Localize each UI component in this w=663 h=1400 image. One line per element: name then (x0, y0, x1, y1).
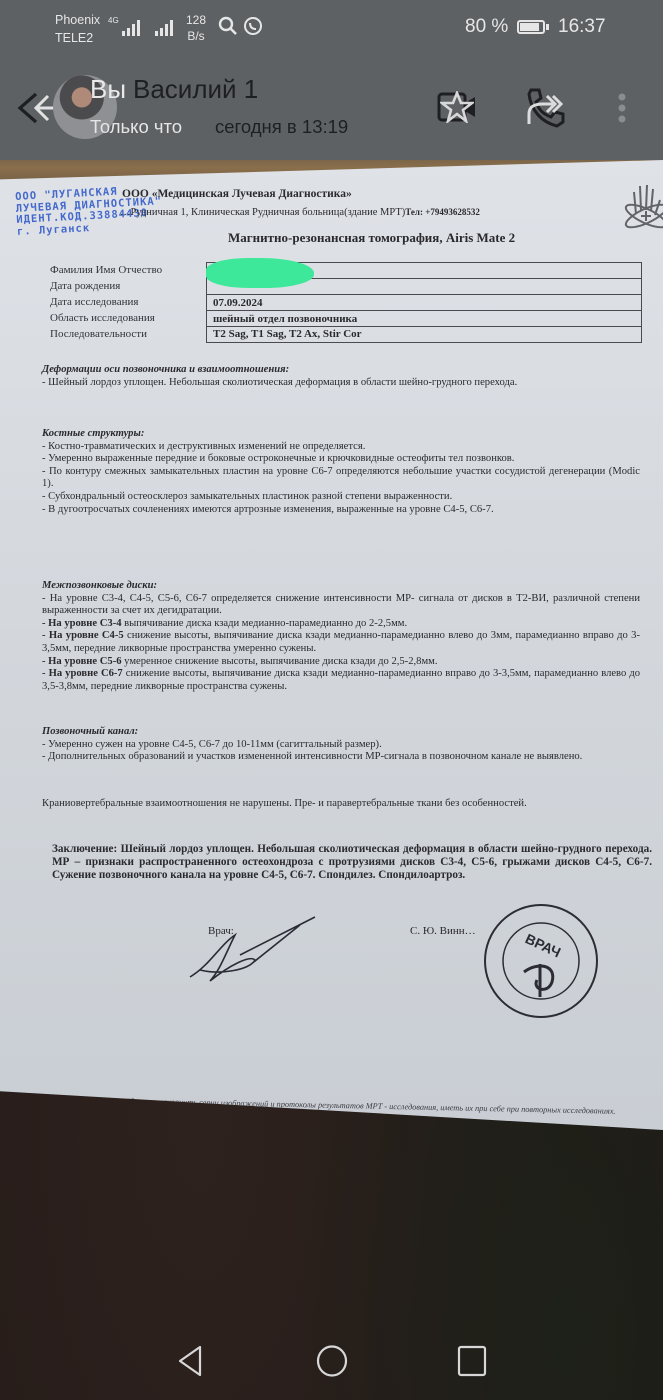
speed-unit: B/s (186, 28, 206, 44)
carrier-name: Phoenix (55, 11, 100, 29)
address-text: …Рудничная 1, Клиническая Рудничная боль… (120, 207, 405, 218)
section-title: Позвоночный канал: (42, 726, 640, 739)
doctor-name: С. Ю. Винн… (410, 925, 476, 937)
disc-item: - На уровне С6-7 снижение высоты, выпячи… (42, 668, 640, 693)
carrier-info: Phoenix TELE2 (55, 11, 100, 47)
conclusion: Заключение: Шейный лордоз уплощен. Небол… (52, 843, 652, 883)
svg-text:ВРАЧ: ВРАЧ (523, 930, 563, 960)
chat-name: Василий 1 (133, 74, 258, 105)
section-line: - Субхондральный остеосклероз замыкатель… (42, 491, 640, 504)
section-line: Краниовертебральные взаимоотношения не н… (42, 798, 640, 811)
section-line: - Костно-травматических и деструктивных … (42, 441, 640, 454)
info-label: Дата рождения (50, 280, 206, 292)
info-value: шейный отдел позвоночника (206, 310, 642, 326)
disc-text: выпячивание диска кзади медианно-парамед… (122, 618, 408, 629)
clock: 16:37 (558, 16, 606, 38)
info-value: 07.09.2024 (206, 294, 642, 310)
carrier-name: TELE2 (55, 29, 100, 47)
network-type: 4G (108, 16, 119, 25)
viewer-sender: Вы (90, 74, 126, 105)
info-row: Дата исследования07.09.2024 (50, 294, 642, 310)
section-discs: Межпозвонковые диски: - На уровне С3-4, … (42, 580, 640, 693)
info-row: Фамилия Имя Отчество (50, 262, 642, 278)
battery-icon (517, 20, 545, 34)
section-line: - Дополнительных образований и участков … (42, 751, 640, 764)
battery-percent: 80 % (465, 16, 508, 38)
disc-item: - На уровне С5-6 умеренное снижение высо… (42, 656, 640, 669)
info-row: ПоследовательностиT2 Sag, T1 Sag, T2 Ax,… (50, 326, 642, 342)
recents-nav-icon[interactable] (452, 1344, 492, 1378)
signal-icon (155, 20, 173, 36)
disc-item: - На уровне С4-5 снижение высоты, выпячи… (42, 630, 640, 655)
phone-text: Тел: +79493628532 (405, 207, 480, 217)
info-row: Область исследованияшейный отдел позвоно… (50, 310, 642, 326)
disc-text: снижение высоты, выпячивание диска кзади… (42, 630, 640, 654)
back-nav-icon[interactable] (172, 1344, 212, 1378)
forward-icon[interactable] (525, 88, 565, 128)
mri-report-photo[interactable]: ООО "ЛУГАНСКАЯ ЛУЧЕВАЯ ДИАГНОСТИКА" ИДЕН… (0, 160, 663, 1130)
redaction-mark (206, 258, 314, 288)
info-label: Дата исследования (50, 296, 206, 308)
section-line: - Шейный лордоз уплощен. Небольшая сколи… (42, 377, 640, 390)
disc-text: умеренное снижение высоты, выпячивание д… (122, 656, 438, 667)
section-canal: Позвоночный канал: - Умеренно сужен на у… (42, 726, 640, 764)
doctor-seal-icon: ВРАЧ (482, 902, 600, 1020)
navigation-bar (0, 1330, 663, 1400)
disc-level: - На уровне С4-5 (42, 630, 124, 641)
whatsapp-icon (243, 16, 263, 36)
info-row: Дата рождения (50, 278, 642, 294)
section-bones: Костные структуры: - Костно-травматическ… (42, 428, 640, 516)
organization-address: …Рудничная 1, Клиническая Рудничная боль… (120, 207, 480, 218)
info-label: Фамилия Имя Отчество (50, 264, 206, 276)
chat-last-seen: сегодня в 13:19 (215, 116, 348, 138)
section-deformations: Деформации оси позвоночника и взаимоотно… (42, 364, 640, 389)
section-line: - На уровне С3-4, С4-5, С5-6, С6-7 опред… (42, 593, 640, 618)
info-label: Последовательности (50, 328, 206, 340)
patient-info-table: Фамилия Имя Отчество Дата рождения Дата … (50, 262, 642, 342)
disc-level: - На уровне С6-7 (42, 668, 123, 679)
disc-level: - На уровне С5-6 (42, 656, 122, 667)
disc-item: - На уровне С3-4 выпячивание диска кзади… (42, 618, 640, 631)
home-nav-icon[interactable] (312, 1344, 352, 1378)
section-title: Деформации оси позвоночника и взаимоотно… (42, 364, 640, 377)
disc-level: - На уровне С3-4 (42, 618, 122, 629)
speed-value: 128 (186, 12, 206, 28)
more-vert-icon[interactable] (617, 92, 627, 124)
section-line: - В дугоотросчатых сочленениях имеются а… (42, 504, 640, 517)
section-title: Костные структуры: (42, 428, 640, 441)
star-icon[interactable] (440, 91, 474, 123)
medical-logo-icon (622, 180, 663, 235)
section-line: - Умеренно выраженные передние и боковые… (42, 453, 640, 466)
section-line: - По контуру смежных замыкательных пласт… (42, 466, 640, 491)
section-line: - Умеренно сужен на уровне С4-5, С6-7 до… (42, 739, 640, 752)
network-speed: 128 B/s (186, 12, 206, 44)
signature-icon (180, 915, 320, 985)
disc-text: снижение высоты, выпячивание диска кзади… (42, 668, 640, 692)
organization-name: ООО «Медицинская Лучевая Диагностика» (122, 188, 352, 200)
search-icon (218, 16, 238, 36)
info-value: T2 Sag, T1 Sag, T2 Ax, Stir Cor (206, 326, 642, 343)
viewer-time: Только что (90, 116, 182, 138)
info-label: Область исследования (50, 312, 206, 324)
battery-tip (546, 24, 549, 30)
section-title: Межпозвонковые диски: (42, 580, 640, 593)
section-craniovertebral: Краниовертебральные взаимоотношения не н… (42, 798, 640, 811)
status-bar: Phoenix TELE2 4G 128 B/s 80 % 16:37 (0, 0, 663, 56)
document-title: Магнитно-резонансная томография, Airis M… (228, 230, 515, 246)
signal-icon (122, 20, 140, 36)
